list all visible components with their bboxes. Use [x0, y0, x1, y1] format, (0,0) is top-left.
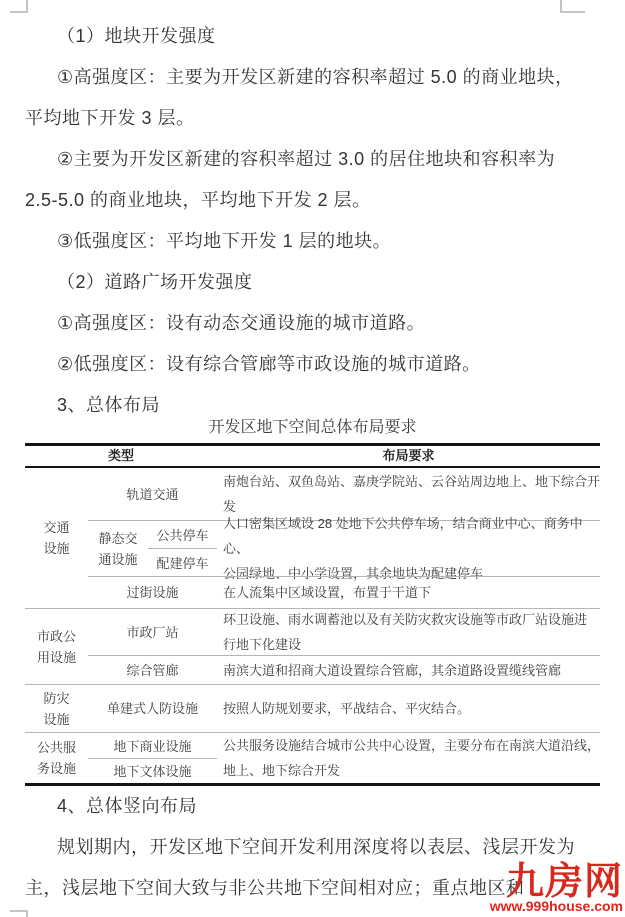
row-label: 静态交 通设施 [88, 521, 148, 576]
sub-label-underground-commercial: 地下商业设施 [88, 733, 217, 759]
row-requirement: 南滨大道和招商大道设置综合管廊，其余道路设置缆线管廊 [217, 656, 600, 684]
paragraph-line: ②主要为开发区新建的容积率超过 3.0 的居住地块和容积率为 [25, 139, 600, 180]
watermark-url: www.999house.com [490, 899, 623, 914]
table-header-row: 类型 布局要求 [25, 446, 600, 468]
table-header-type: 类型 [25, 446, 217, 466]
sub-label-public-parking: 公共停车 [148, 521, 217, 549]
paragraph-line: ①高强度区：主要为开发区新建的容积率超过 5.0 的商业地块， [25, 57, 600, 98]
paragraph-line: ③低强度区：平均地下开发 1 层的地块。 [25, 221, 600, 262]
row-requirement: 公共服务设施结合城市公共中心设置，主要分布在南滨大道沿线， 地上、地下综合开发 [217, 733, 600, 783]
paragraph-line: （2）道路广场开发强度 [25, 262, 600, 303]
watermark: 九房网 www.999house.com [490, 865, 623, 914]
row-requirement: 环卫设施、雨水调蓄池以及有关防灾救灾设施等市政厂站设施进 行地下化建设 [217, 609, 600, 655]
table-group-public-service: 公共服 务设施 地下商业设施 地下文体设施 公共服务设施结合城市公共中心设置，主… [25, 732, 600, 783]
table-row-utility-corridor: 综合管廊 南滨大道和招商大道设置综合管廊，其余道路设置缆线管廊 [88, 655, 600, 684]
group-label-transport: 交通 设施 [25, 468, 88, 608]
table-group-municipal: 市政公 用设施 市政厂站 环卫设施、雨水调蓄池以及有关防灾救灾设施等市政厂站设施… [25, 608, 600, 684]
document-content: （1）地块开发强度 ①高强度区：主要为开发区新建的容积率超过 5.0 的商业地块… [25, 0, 600, 909]
paragraph-line: ①高强度区：设有动态交通设施的城市道路。 [25, 303, 600, 344]
paragraph-line: ②低强度区：设有综合管廊等市政设施的城市道路。 [25, 344, 600, 385]
layout-requirements-table: 类型 布局要求 交通 设施 轨道交通 南炮台站、双鱼岛站、嘉庚学院站、云谷站周边… [25, 443, 600, 786]
row-label: 过街设施 [88, 577, 217, 608]
row-requirement: 人口密集区域设 28 处地下公共停车场，结合商业中心、商务中心、 公园绿地、中小… [217, 521, 600, 576]
table-row-municipal-station: 市政厂站 环卫设施、雨水调蓄池以及有关防灾救灾设施等市政厂站设施进 行地下化建设 [88, 609, 600, 655]
table-header-requirement: 布局要求 [217, 446, 600, 466]
table-row-civil-defense: 单建式人防设施 按照人防规划要求，平战结合、平灾结合。 [88, 685, 600, 732]
group-label-municipal: 市政公 用设施 [25, 609, 88, 684]
paragraph-line: 2.5-5.0 的商业地块，平均地下开发 2 层。 [25, 180, 600, 221]
document-page: （1）地块开发强度 ①高强度区：主要为开发区新建的容积率超过 5.0 的商业地块… [0, 0, 625, 917]
row-label: 综合管廊 [88, 656, 217, 684]
table-row-crossing: 过街设施 在人流集中区域设置，布置于干道下 [88, 576, 600, 608]
row-requirement: 在人流集中区域设置，布置于干道下 [217, 577, 600, 608]
public-service-sub-cells: 地下商业设施 地下文体设施 [88, 733, 217, 783]
group-label-public-service: 公共服 务设施 [25, 733, 88, 783]
group-label-disaster: 防灾 设施 [25, 685, 88, 732]
table-row-public-service: 地下商业设施 地下文体设施 公共服务设施结合城市公共中心设置，主要分布在南滨大道… [88, 733, 600, 783]
row-label: 单建式人防设施 [88, 685, 217, 732]
row-label: 轨道交通 [88, 468, 217, 520]
table-group-disaster: 防灾 设施 单建式人防设施 按照人防规划要求，平战结合、平灾结合。 [25, 684, 600, 732]
watermark-logo: 九房网 [490, 865, 623, 899]
page-corner-mark-bottom-left [10, 910, 28, 917]
section-heading: 4、总体竖向布局 [25, 786, 600, 827]
sub-label-underground-cultural: 地下文体设施 [88, 759, 217, 784]
table-group-transport: 交通 设施 轨道交通 南炮台站、双鱼岛站、嘉庚学院站、云谷站周边地上、地下综合开… [25, 468, 600, 608]
parking-sub-cells: 公共停车 配建停车 [148, 521, 217, 576]
row-requirement: 按照人防规划要求，平战结合、平灾结合。 [217, 685, 600, 732]
paragraph-line: 平均地下开发 3 层。 [25, 98, 600, 139]
row-label: 市政厂站 [88, 609, 217, 655]
sub-label-allocated-parking: 配建停车 [148, 549, 217, 576]
paragraph-line: （1）地块开发强度 [25, 16, 600, 57]
table-row-static-traffic: 静态交 通设施 公共停车 配建停车 人口密集区域设 28 处地下公共停车场，结合… [88, 520, 600, 576]
